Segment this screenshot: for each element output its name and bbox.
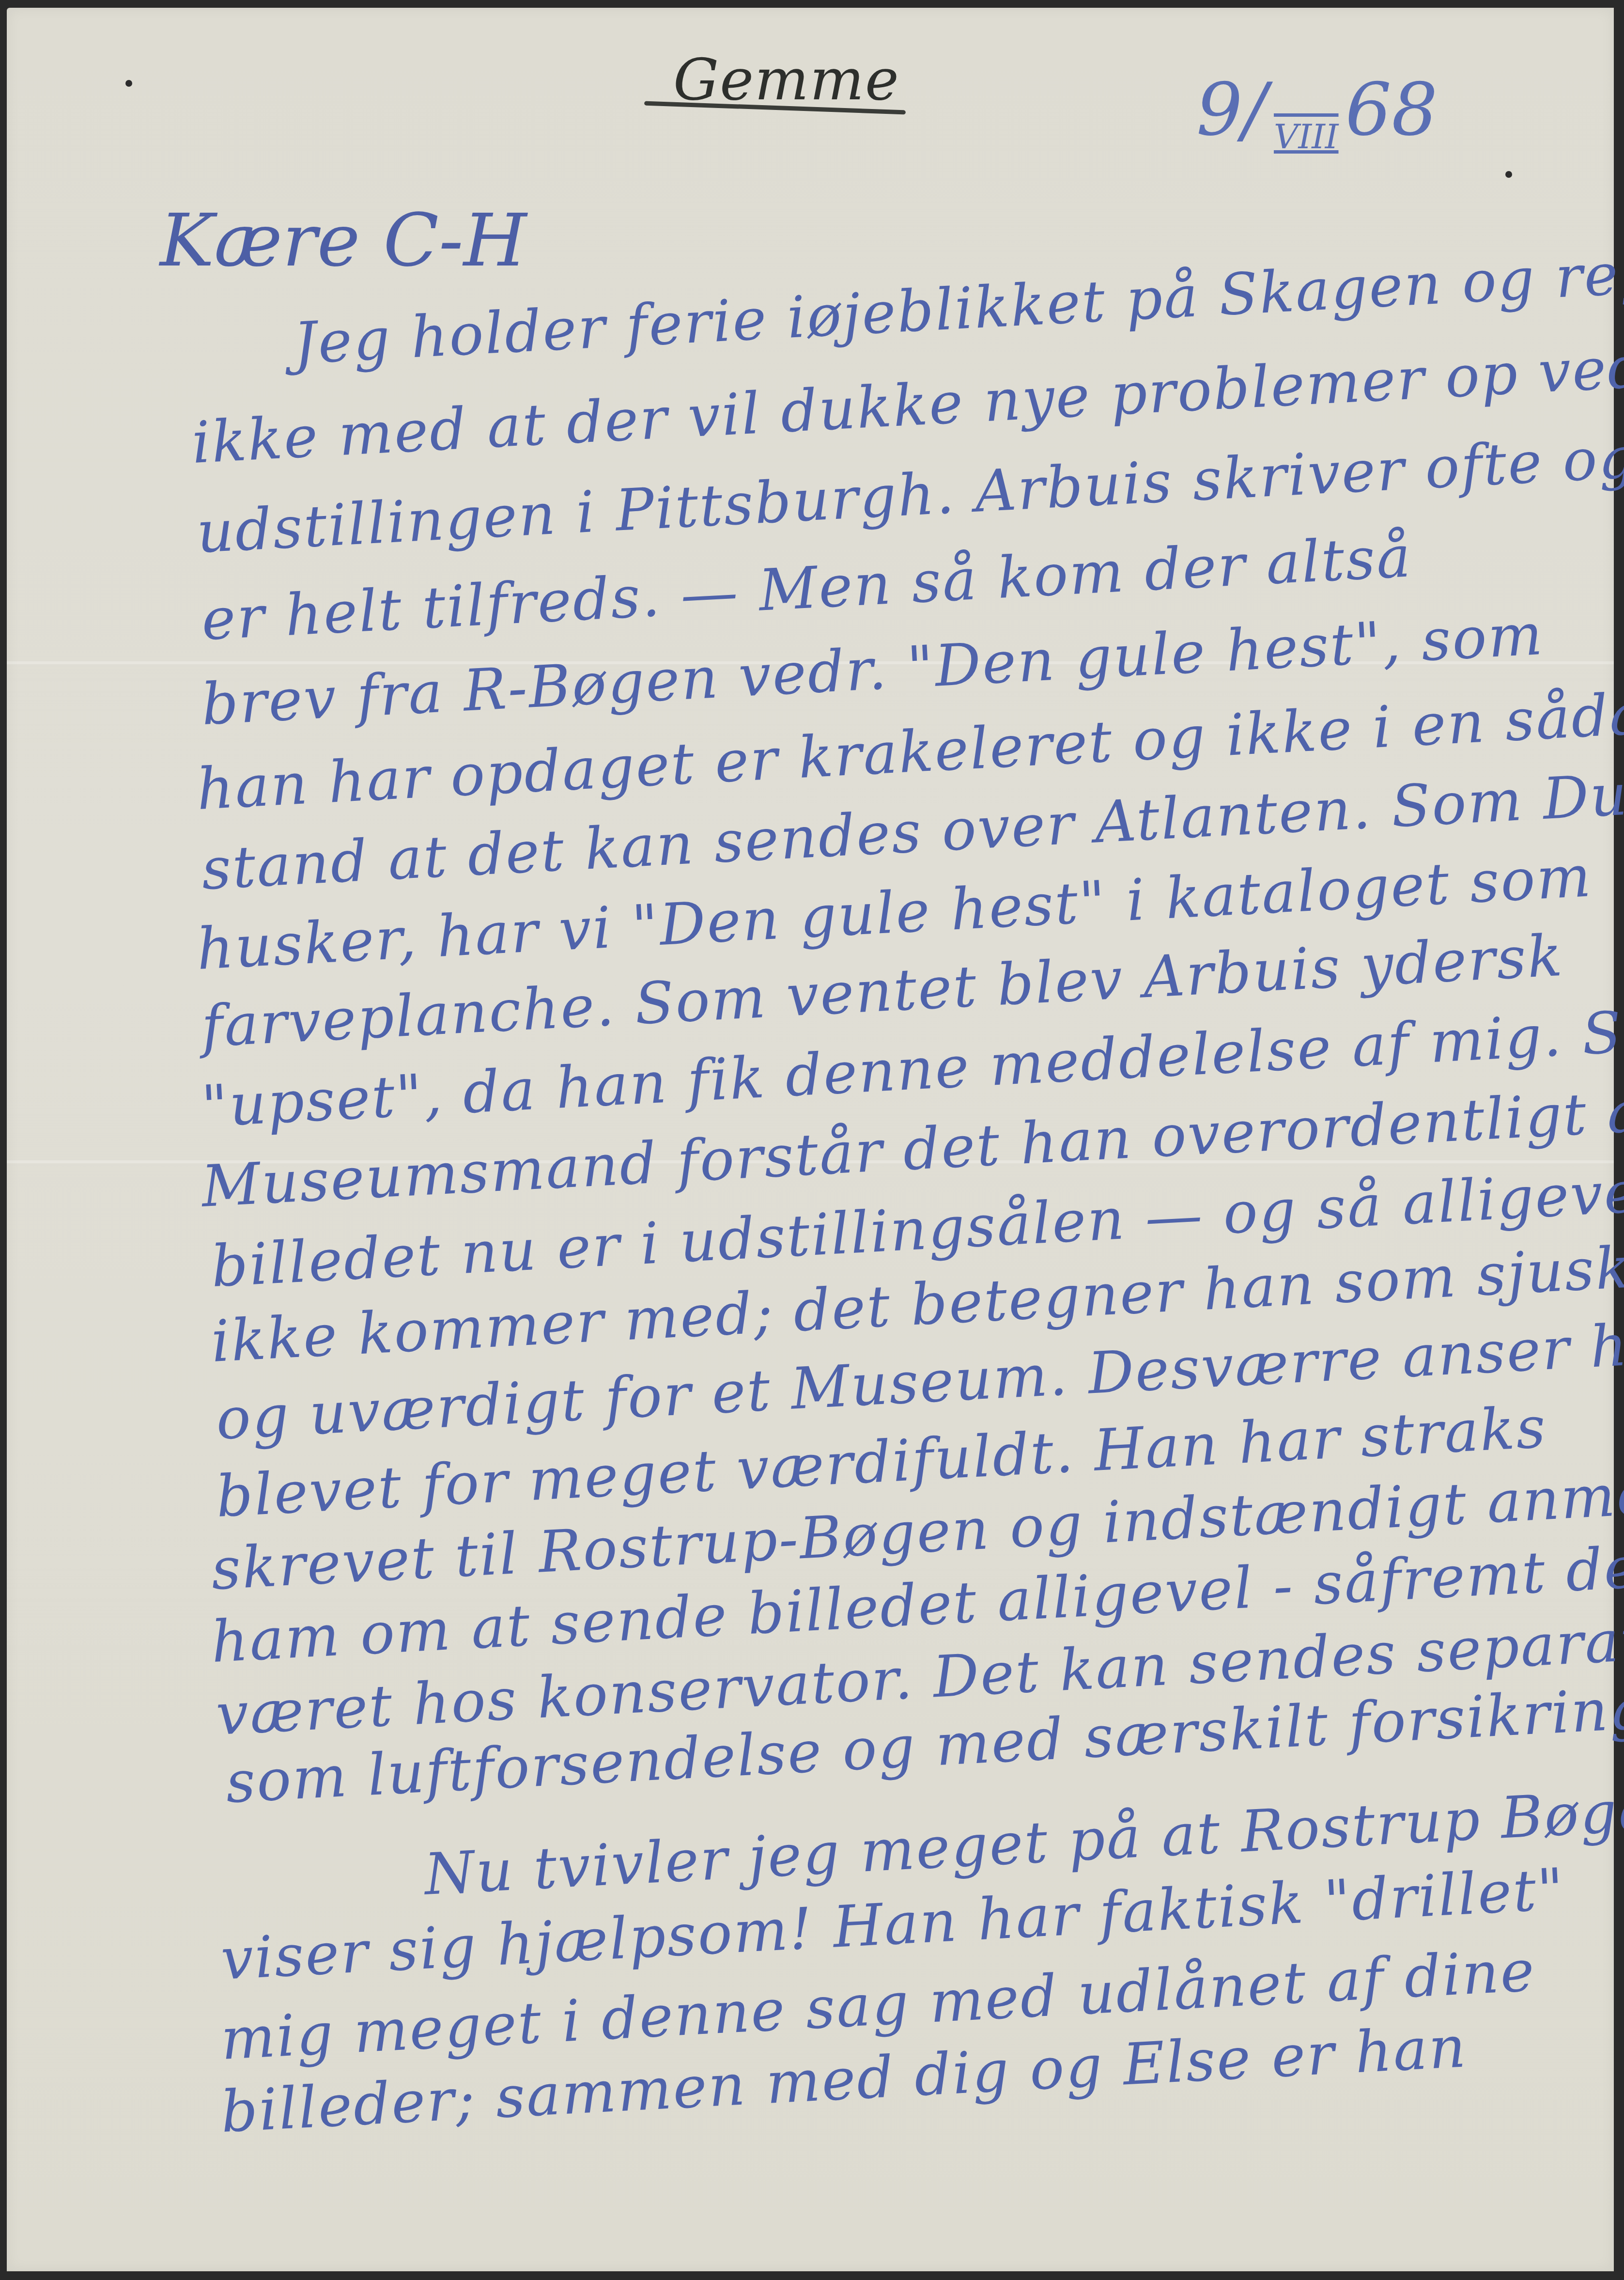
date-day: 9/: [1196, 68, 1267, 152]
salutation: Kære C-H: [160, 199, 526, 283]
date-month: VIII: [1274, 117, 1339, 156]
punch-mark: [125, 80, 132, 87]
punch-mark: [1505, 171, 1512, 178]
date-year: 68: [1346, 68, 1438, 152]
letter-date: 9/VIII68: [1196, 68, 1438, 156]
